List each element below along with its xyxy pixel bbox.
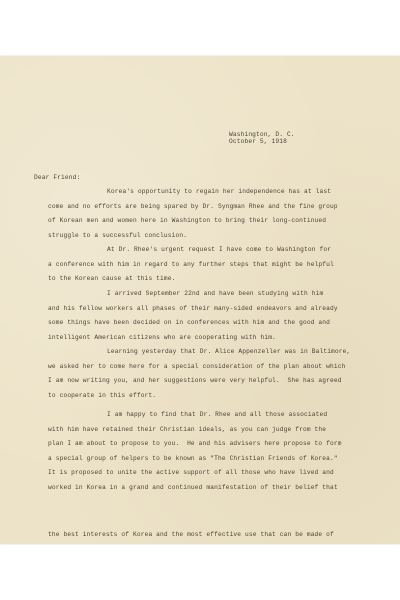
letter-line: Korea's opportunity to regain her indepe… (107, 189, 331, 195)
letter-line: some things have been decided on in conf… (48, 320, 330, 326)
letter-line: of Korean men and women here in Washingt… (48, 218, 326, 224)
letter-line: the best interests of Korea and the most… (48, 532, 334, 538)
letter-line: come and no efforts are being spared by … (48, 204, 338, 210)
letter-line: plan I am about to propose to you. He an… (48, 441, 342, 447)
letter-line: Learning yesterday that Dr. Alice Appenz… (107, 349, 350, 355)
letter-line: I am happy to find that Dr. Rhee and all… (107, 412, 327, 418)
letter-line: intelligent American citizens who are co… (48, 335, 276, 341)
letter-line: a conference with him in regard to any f… (48, 262, 334, 268)
letter-line: with him have retained their Christian i… (48, 427, 326, 433)
letter-salutation: Dear Friend: (34, 175, 80, 181)
letter-line: to cooperate in this effort. (48, 393, 156, 399)
letter-line: I arrived September 22nd and have been s… (107, 291, 323, 297)
letter-line: At Dr. Rhee's urgent request I have come… (107, 247, 331, 253)
letter-line: struggle to a successful conclusion. (48, 233, 187, 239)
letter-date: October 5, 1918 (229, 139, 287, 145)
letter-line: and his fellow workers all phases of the… (48, 306, 338, 312)
letter-line: worked in Korea in a grand and continued… (48, 485, 338, 491)
letter-line: a special group of helpers to be known a… (48, 456, 338, 462)
letter-line: to the Korean cause at this time. (48, 276, 175, 282)
letter-line: I am now writing you, and her suggestion… (48, 378, 342, 384)
letter-line: It is proposed to unite the active suppo… (48, 470, 334, 476)
letter-line: we asked her to come here for a special … (48, 364, 345, 370)
letter-page: Washington, D. C. October 5, 1918 Dear F… (0, 56, 400, 544)
